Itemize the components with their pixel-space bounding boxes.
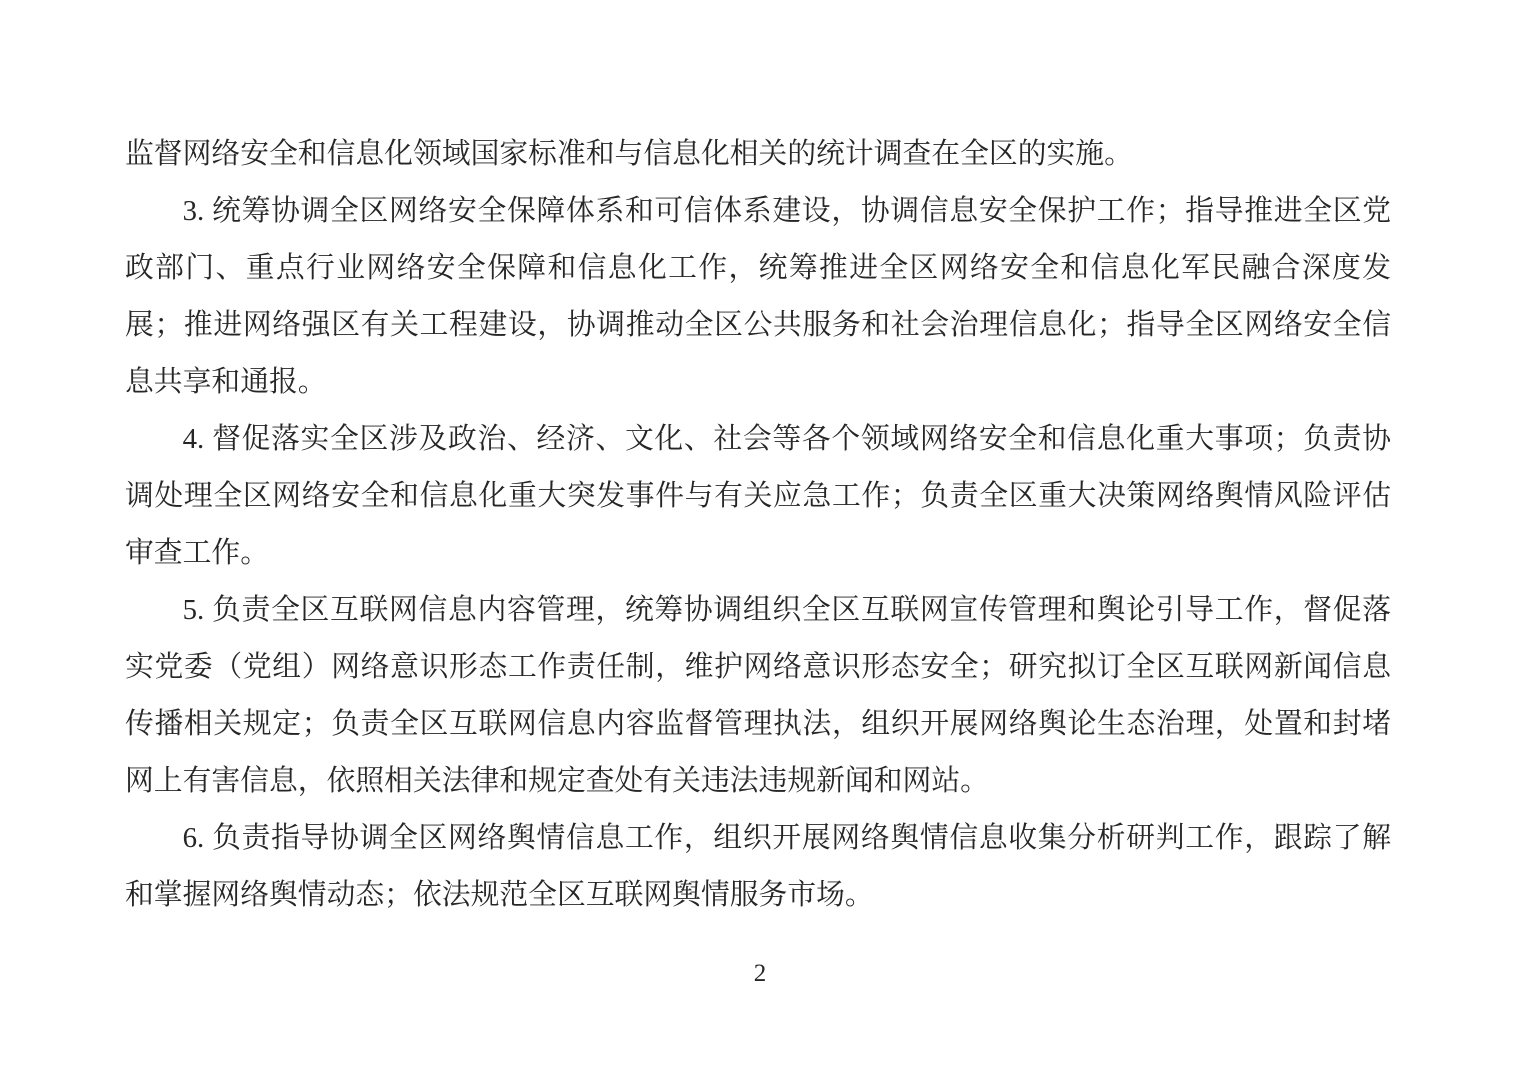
document-body: 监督网络安全和信息化领域国家标准和与信息化相关的统计调查在全区的实施。 3. 统… [125,126,1391,924]
paragraph-item-6: 6. 负责指导协调全区网络舆情信息工作，组织开展网络舆情信息收集分析研判工作，跟… [125,810,1391,924]
paragraph-continuation: 监督网络安全和信息化领域国家标准和与信息化相关的统计调查在全区的实施。 [125,126,1391,183]
document-page: 监督网络安全和信息化领域国家标准和与信息化相关的统计调查在全区的实施。 3. 统… [0,0,1520,1074]
page-number: 2 [0,960,1520,988]
paragraph-item-3: 3. 统筹协调全区网络安全保障体系和可信体系建设，协调信息安全保护工作；指导推进… [125,183,1391,411]
paragraph-item-4: 4. 督促落实全区涉及政治、经济、文化、社会等各个领域网络安全和信息化重大事项；… [125,411,1391,582]
paragraph-item-5: 5. 负责全区互联网信息内容管理，统筹协调组织全区互联网宣传管理和舆论引导工作，… [125,582,1391,810]
